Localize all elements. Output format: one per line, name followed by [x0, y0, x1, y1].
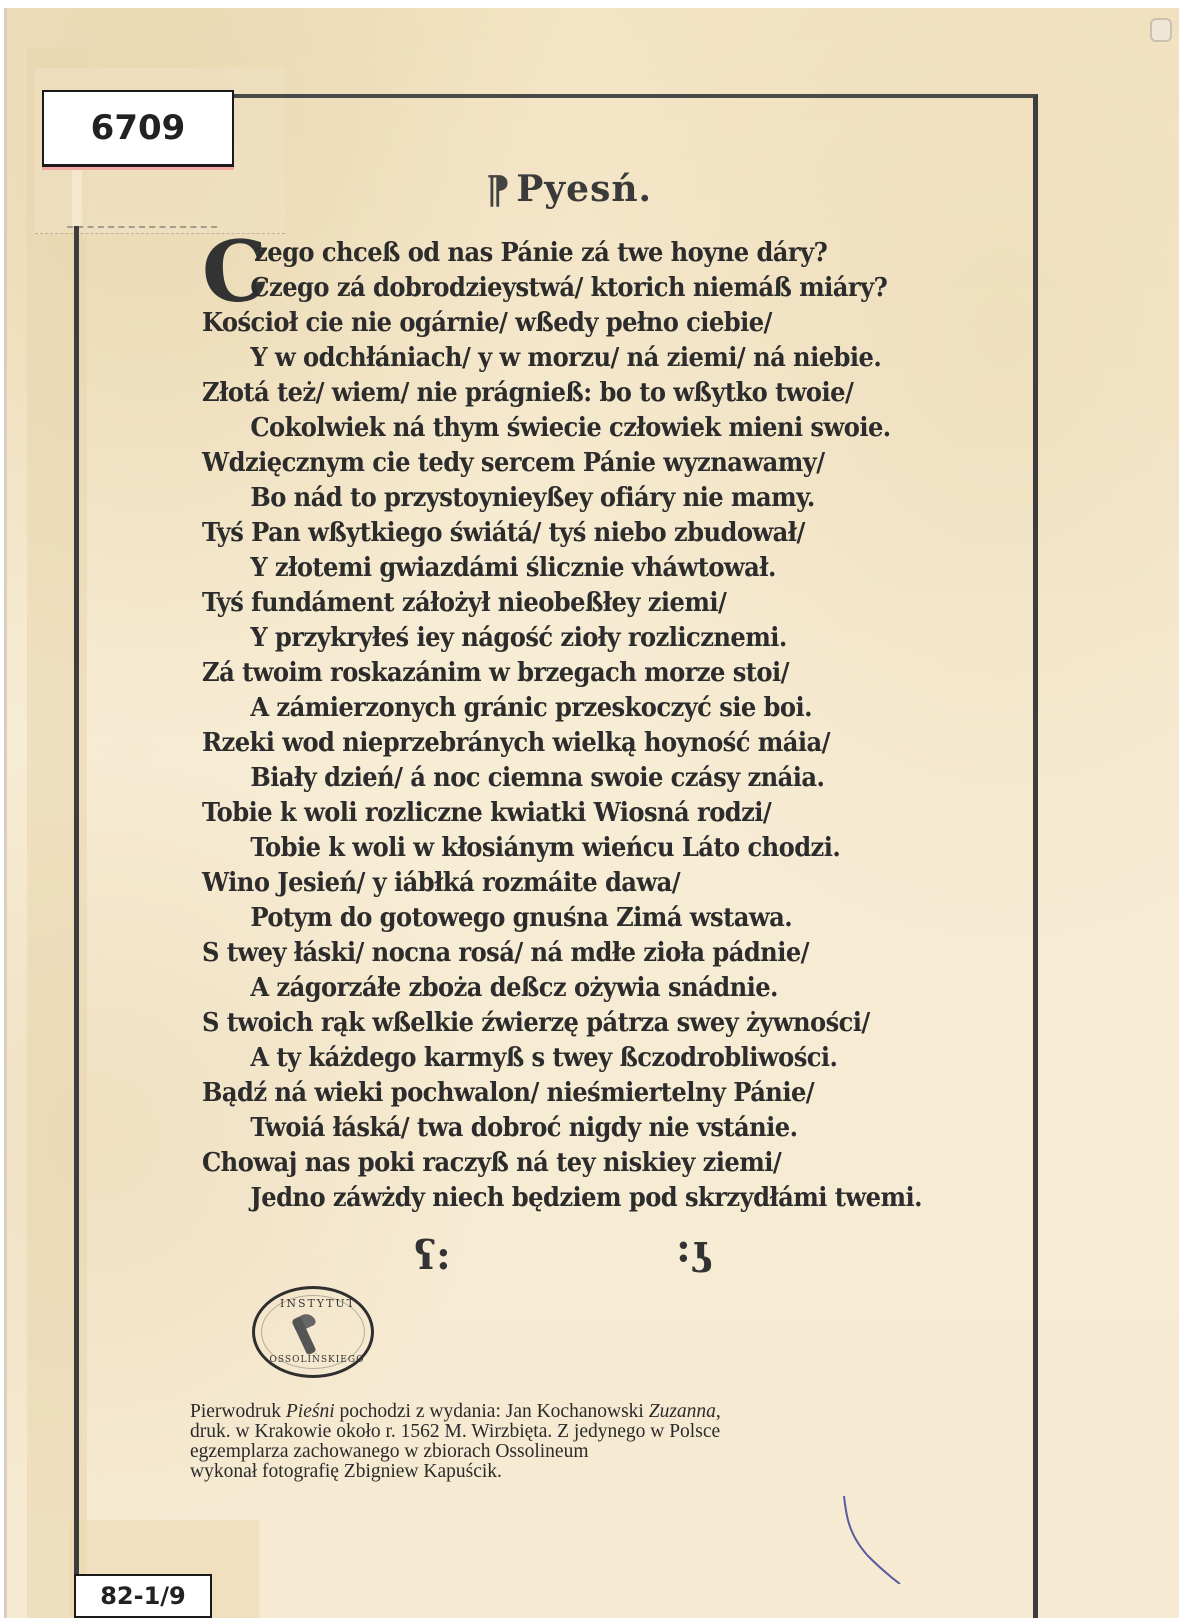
caption-text: ,	[716, 1401, 721, 1422]
poem-line: Kościoł cie nie ogárnie/ wßedy pełno cie…	[202, 306, 946, 341]
caption: Pierwodruk Pieśni pochodzi z wydania: Ja…	[190, 1402, 970, 1482]
poem-line: Cokolwiek ná thym świecie człowiek mieni…	[202, 411, 946, 446]
poem-line: Potym do gotowego gnuśna Zimá wstawa.	[202, 901, 946, 936]
poem-line: Y w odchłániach/ y w morzu/ ná ziemi/ ná…	[202, 341, 946, 376]
catalog-label-bottom: 82-1/9	[74, 1574, 212, 1618]
poem-line: A ty káżdego karmyß s twey ßczodrobliwoś…	[202, 1041, 946, 1076]
poem-line: Tobie k woli w kłosiánym wieńcu Láto cho…	[202, 831, 946, 866]
title-text: Pyesń.	[516, 168, 652, 210]
poem-line: A zámierzonych gránic przeskoczyć sie bo…	[202, 691, 946, 726]
poem-line: Jedno záwżdy niech będziem pod skrzydłám…	[202, 1181, 946, 1216]
library-stamp: INSTYTUT OSSOLIŃSKIEGO	[252, 1286, 374, 1378]
caption-text: pochodzi z wydania: Jan Kochanowski	[335, 1401, 649, 1422]
stamp-bottom-text: OSSOLIŃSKIEGO	[267, 1355, 367, 1365]
poem-line: Rzeki wod nieprzebránych wielką hoyność …	[202, 726, 946, 761]
poem-line: Bądź ná wieki pochwalon/ nieśmiertelny P…	[202, 1076, 946, 1111]
poem-line: Wdzięcznym cie tedy sercem Pánie wyznawa…	[202, 446, 946, 481]
poem-line: A zágorzáłe zboża deßcz ożywia snádnie.	[202, 971, 946, 1006]
poem-line: Wino Jesień/ y iábłká rozmáite dawa/	[202, 866, 946, 901]
poem-line: zego chceß od nas Pánie zá twe hoyne dár…	[202, 236, 946, 271]
poem-lines: zego chceß od nas Pánie zá twe hoyne dár…	[202, 236, 1002, 1216]
caption-text: Pierwodruk	[190, 1401, 286, 1422]
poem-line: S twey łáski/ nocna rosá/ ná mdłe zioła …	[202, 936, 946, 971]
catalog-number: 6709	[91, 108, 186, 148]
poem-line: Biały dzień/ á noc ciemna swoie czásy zn…	[202, 761, 946, 796]
caption-line-3: egzemplarza zachowanego w zbiorach Ossol…	[190, 1442, 970, 1462]
end-ornament-right: ʕ:	[676, 1232, 713, 1279]
poem-line: Tobie k woli rozliczne kwiatki Wiosná ro…	[202, 796, 946, 831]
poem-line: S twoich rąk wßelkie źwierzę pátrza swey…	[202, 1006, 946, 1041]
poem-line: Czego zá dobrodzieystwá/ ktorich niemáß …	[202, 271, 946, 306]
poem-line: Tyś Pan wßytkiego świátá/ tyś niebo zbud…	[202, 516, 946, 551]
shelf-mark: 82-1/9	[100, 1582, 186, 1610]
poem-line: Chowaj nas poki raczyß ná tey niskiey zi…	[202, 1146, 946, 1181]
caption-italic-title: Zuzanna	[649, 1401, 716, 1422]
poem-line: Bo nád to przystoynieyßey ofiáry nie mam…	[202, 481, 946, 516]
caption-line-4: wykonał fotografię Zbigniew Kapuścik.	[190, 1462, 970, 1482]
stamp-top-text: INSTYTUT	[273, 1297, 363, 1310]
catalog-label-top: 6709	[42, 90, 234, 167]
poem-line: Y przykryłeś iey nágość zioły rozlicznem…	[202, 621, 946, 656]
corner-mark	[1150, 18, 1172, 42]
caption-line-1: Pierwodruk Pieśni pochodzi z wydania: Ja…	[190, 1402, 970, 1422]
poem: C zego chceß od nas Pánie zá twe hoyne d…	[202, 236, 1002, 1216]
poem-line: Tyś fundáment záłożył nieobeßłey ziemi/	[202, 586, 946, 621]
poem-line: Zá twoim roskazánim w brzegach morze sto…	[202, 656, 946, 691]
caption-italic-title: Pieśni	[286, 1401, 335, 1422]
poem-line: Twoiá łáská/ twa dobroć nigdy nie vstáni…	[202, 1111, 946, 1146]
caption-line-2: druk. w Krakowie około r. 1562 M. Wirzbi…	[190, 1422, 970, 1442]
poem-line: Złotá też/ wiem/ nie prágnieß: bo to wßy…	[202, 376, 946, 411]
poem-line: Y złotemi gwiazdámi ślicznie vháwtował.	[202, 551, 946, 586]
end-ornament-left: ʕ:	[414, 1232, 451, 1279]
pilcrow-icon: ¶	[486, 167, 510, 212]
pen-mark	[840, 1494, 920, 1584]
page-title: ¶ Pyesń.	[486, 164, 652, 214]
